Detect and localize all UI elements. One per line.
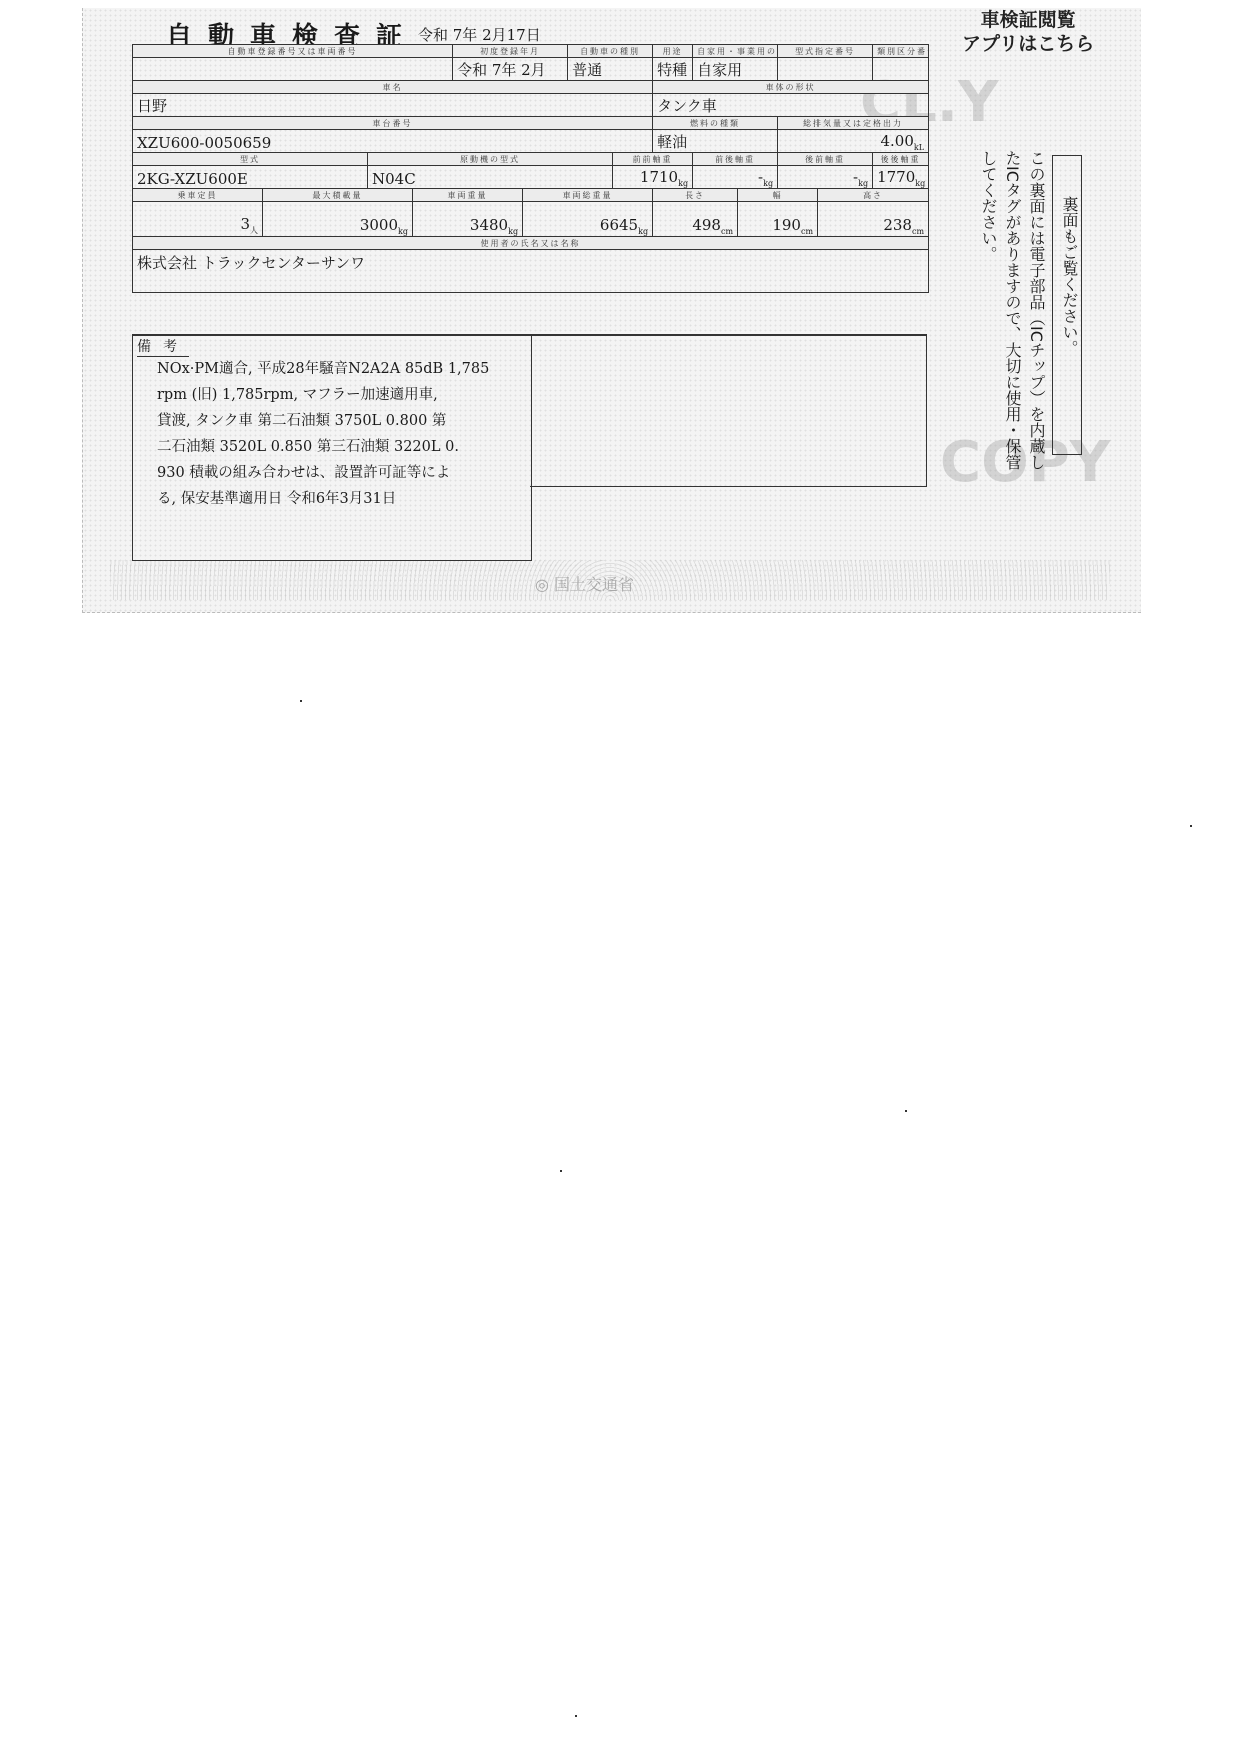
width-value: 190 — [772, 216, 801, 234]
registration-number — [133, 58, 453, 81]
length-value: 498 — [692, 216, 721, 234]
certificate-table: 自動車登録番号又は車両番号 初度登録年月 自動車の種別 用途 自家用・事業用の別… — [132, 44, 929, 293]
displacement-unit: kL — [914, 143, 924, 152]
label-registration-number: 自動車登録番号又は車両番号 — [133, 45, 453, 58]
rear-front-axle: -kg — [778, 166, 873, 189]
app-promo-line-1: 車検証閲覧 — [962, 8, 1094, 32]
ic-chip-notice: この裏面には電子部品（ICチップ）を内蔵したICタグがありますので、大切に使用・… — [976, 150, 1048, 480]
kg-unit: kg — [858, 179, 868, 188]
label-displacement: 総排気量又は定格出力 — [778, 117, 929, 130]
remarks-heading: 備考 — [137, 336, 189, 357]
front-front-axle: 1710kg — [613, 166, 693, 189]
scan-speck — [300, 700, 302, 702]
label-chassis-number: 車台番号 — [133, 117, 653, 130]
category-no — [873, 58, 929, 81]
kg-unit: kg — [763, 179, 773, 188]
gross-weight-value: 6645 — [600, 216, 638, 234]
label-rear-rear-axle: 後後軸重 — [873, 153, 929, 166]
ministry-mark: ◎ 国土交通省 — [535, 572, 634, 595]
remarks-line: rpm (旧) 1,785rpm, マフラー加速適用車, — [157, 382, 527, 408]
issue-date: 令和 7年 2月17日 — [418, 24, 541, 45]
front-front-axle-value: 1710 — [640, 168, 678, 186]
height: 238cm — [818, 202, 929, 237]
label-engine-model: 原動機の型式 — [368, 153, 613, 166]
fuel-type: 軽油 — [653, 130, 778, 153]
width: 190cm — [738, 202, 818, 237]
cm-unit: cm — [912, 227, 924, 236]
remarks-line: 930 積載の組み合わせは、設置許可証等によ — [157, 460, 527, 486]
vehicle-type: 普通 — [568, 58, 653, 81]
displacement-value: 4.00 — [880, 132, 913, 150]
label-length: 長さ — [653, 189, 738, 202]
remarks-line: 貸渡, タンク車 第二石油類 3750L 0.800 第 — [157, 408, 527, 434]
label-front-front-axle: 前前軸重 — [613, 153, 693, 166]
remarks-line: 二石油類 3520L 0.850 第三石油類 3220L 0. — [157, 434, 527, 460]
label-rear-front-axle: 後前軸重 — [778, 153, 873, 166]
label-model: 型式 — [133, 153, 368, 166]
model-designation-no — [778, 58, 873, 81]
kg-unit: kg — [915, 179, 925, 188]
remarks-text: NOx·PM適合, 平成28年騒音N2A2A 85dB 1,785 rpm (旧… — [157, 356, 527, 512]
label-fuel-type: 燃料の種類 — [653, 117, 778, 130]
scan-speck — [575, 1715, 577, 1717]
label-body-shape: 車体の形状 — [653, 81, 929, 94]
vehicle-weight: 3480kg — [413, 202, 523, 237]
rear-rear-axle-value: 1770 — [877, 168, 915, 186]
model: 2KG-XZU600E — [133, 166, 368, 189]
front-rear-axle: -kg — [693, 166, 778, 189]
label-gross-weight: 車両総重量 — [523, 189, 653, 202]
kg-unit: kg — [638, 227, 648, 236]
label-private-business: 自家用・事業用の別 — [693, 45, 778, 58]
label-user-name: 使用者の氏名又は名称 — [133, 237, 929, 250]
max-load-value: 3000 — [360, 216, 398, 234]
label-vehicle-name: 車名 — [133, 81, 653, 94]
label-capacity: 乗車定員 — [133, 189, 263, 202]
label-vehicle-type: 自動車の種別 — [568, 45, 653, 58]
remarks-line: る, 保安基準適用日 令和6年3月31日 — [157, 486, 527, 512]
vehicle-name: 日野 — [133, 94, 653, 117]
max-load: 3000kg — [263, 202, 413, 237]
scan-speck — [1190, 825, 1192, 827]
capacity: 3人 — [133, 202, 263, 237]
cm-unit: cm — [801, 227, 813, 236]
kg-unit: kg — [508, 227, 518, 236]
label-use: 用途 — [653, 45, 693, 58]
displacement: 4.00kL — [778, 130, 929, 153]
label-vehicle-weight: 車両重量 — [413, 189, 523, 202]
scan-speck — [905, 1110, 907, 1112]
label-max-load: 最大積載量 — [263, 189, 413, 202]
label-front-rear-axle: 前後軸重 — [693, 153, 778, 166]
use: 特種 — [653, 58, 693, 81]
body-shape: タンク車 — [653, 94, 929, 117]
chassis-number: XZU600-0050659 — [133, 130, 653, 153]
capacity-value: 3 — [240, 215, 250, 233]
first-registration: 令和 7年 2月 — [453, 58, 568, 81]
label-category-no: 類別区分番号 — [873, 45, 929, 58]
height-value: 238 — [883, 216, 912, 234]
length: 498cm — [653, 202, 738, 237]
engine-model: N04C — [368, 166, 613, 189]
kg-unit: kg — [398, 227, 408, 236]
scan-speck — [560, 1170, 562, 1172]
app-promo-line-2: アプリはこちら — [962, 32, 1094, 56]
remarks-box: 備考 NOx·PM適合, 平成28年騒音N2A2A 85dB 1,785 rpm… — [132, 334, 532, 561]
user-name: 株式会社 トラックセンターサンワ — [133, 250, 929, 293]
blank-area — [530, 334, 927, 487]
back-side-notice: 裏面もご覧ください。 — [1052, 155, 1082, 455]
label-model-designation: 型式指定番号 — [778, 45, 873, 58]
app-promo: 車検証閲覧 アプリはこちら — [962, 8, 1094, 56]
vehicle-weight-value: 3480 — [470, 216, 508, 234]
remarks-line: NOx·PM適合, 平成28年騒音N2A2A 85dB 1,785 — [157, 356, 527, 382]
kg-unit: kg — [678, 179, 688, 188]
capacity-unit: 人 — [250, 226, 258, 235]
rear-rear-axle: 1770kg — [873, 166, 929, 189]
label-width: 幅 — [738, 189, 818, 202]
cm-unit: cm — [721, 227, 733, 236]
label-first-registration: 初度登録年月 — [453, 45, 568, 58]
private-business: 自家用 — [693, 58, 778, 81]
gross-weight: 6645kg — [523, 202, 653, 237]
label-height: 高さ — [818, 189, 929, 202]
